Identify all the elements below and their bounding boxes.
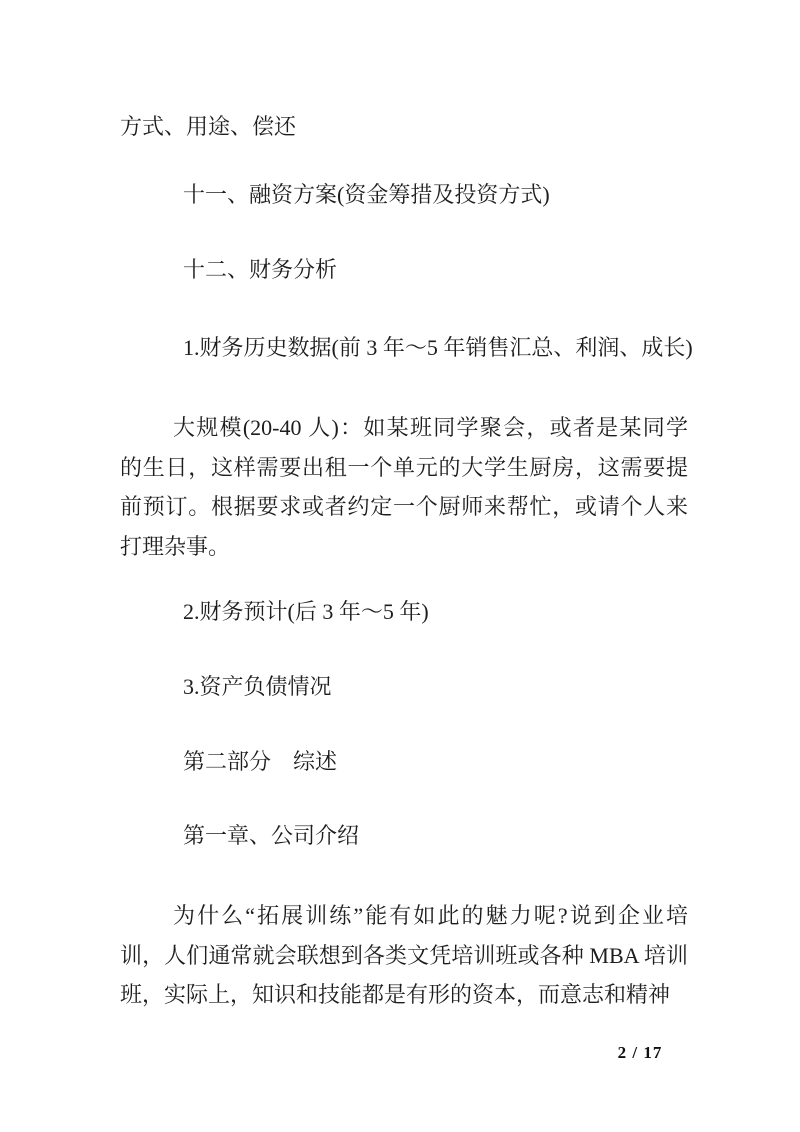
paragraph-line: 为什么“拓展训练”能有如此的魅力呢?说到企业培 <box>120 896 688 936</box>
section-heading: 第二部分 综述 <box>120 742 751 781</box>
toc-subitem-1: 1.财务历史数据(前 3 年～5 年销售汇总、利润、成长) <box>120 328 751 367</box>
paragraph-expansion-training: 为什么“拓展训练”能有如此的魅力呢?说到企业培 训，人们通常就会联想到各类文凭培… <box>120 896 688 1015</box>
paragraph-line: 打理杂事。 <box>120 527 688 567</box>
document-page: 方式、用途、偿还 十一、融资方案(资金筹措及投资方式) 十二、财务分析 1.财务… <box>0 0 800 1132</box>
toc-continuation-line: 方式、用途、偿还 <box>120 107 688 146</box>
paragraph-large-scale: 大规模(20-40 人)：如某班同学聚会，或者是某同学 的生日，这样需要出租一个… <box>120 408 688 566</box>
toc-item-12: 十二、财务分析 <box>120 250 751 289</box>
paragraph-line: 大规模(20-40 人)：如某班同学聚会，或者是某同学 <box>120 408 688 448</box>
paragraph-line: 训，人们通常就会联想到各类文凭培训班或各种 MBA 培训 <box>120 936 688 976</box>
paragraph-line: 前预订。根据要求或者约定一个厨师来帮忙，或请个人来 <box>120 487 688 527</box>
chapter-heading: 第一章、公司介绍 <box>120 816 751 855</box>
page-number-indicator: 2 / 17 <box>590 1043 690 1063</box>
paragraph-line: 班，实际上，知识和技能都是有形的资本，而意志和精神 <box>120 975 688 1015</box>
toc-subitem-3: 3.资产负债情况 <box>120 667 751 706</box>
toc-item-11: 十一、融资方案(资金筹措及投资方式) <box>120 175 751 214</box>
toc-subitem-2: 2.财务预计(后 3 年～5 年) <box>120 592 751 631</box>
paragraph-line: 的生日，这样需要出租一个单元的大学生厨房，这需要提 <box>120 448 688 488</box>
